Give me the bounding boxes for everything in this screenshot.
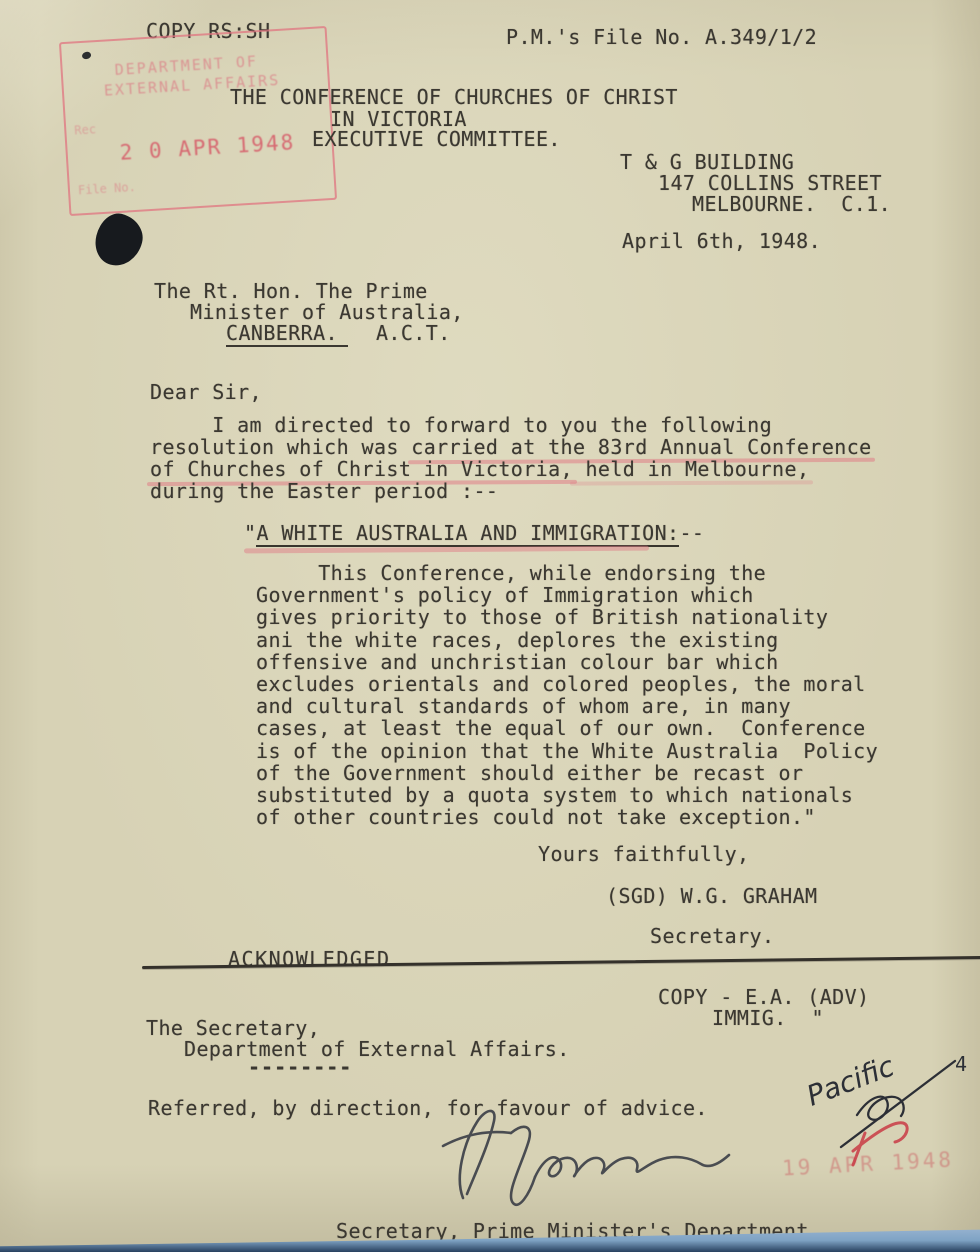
stamp-file-label: File No.: [78, 180, 137, 198]
para1-line2-plain: resolution which was: [150, 435, 411, 459]
stamp-date: 2 0 APR 1948: [119, 130, 296, 165]
resolution-body: This Conference, while endorsing the Gov…: [256, 562, 878, 828]
para1-line4: during the Easter period :--: [150, 480, 498, 502]
stamp-received-label: Rec: [74, 122, 97, 137]
pm-file-number: P.M.'s File No. A.349/1/2: [506, 26, 817, 48]
copy-note-line2: IMMIG. ": [712, 1007, 824, 1029]
hole-punch-mark: [90, 209, 147, 271]
forward-line2: Department of External Affairs.: [184, 1038, 570, 1060]
address-line3: MELBOURNE. C.1.: [692, 193, 891, 215]
letter-date: April 6th, 1948.: [622, 230, 821, 252]
forward-dashes: --------: [248, 1056, 352, 1078]
org-name-line3: EXECUTIVE COMMITTEE.: [312, 128, 561, 150]
external-affairs-received-stamp: DEPARTMENT OF EXTERNAL AFFAIRS Rec 2 0 A…: [59, 26, 337, 216]
signed-name: (SGD) W.G. GRAHAM: [606, 885, 818, 907]
para1-line2: resolution which was carried at the 83rd…: [150, 436, 872, 458]
recipient-territory: A.C.T.: [376, 321, 451, 345]
para1-line3-underlined: of Churches of Christ in Victoria,: [150, 457, 573, 481]
copy-note-line1: COPY - E.A. (ADV): [658, 986, 870, 1008]
para1-line2-underlined: carried at the 83rd Annual Conference: [411, 435, 871, 459]
heading-trailing-dashes: --: [679, 521, 704, 545]
recipient-city-line: CANBERRA.A.C.T.: [226, 322, 451, 344]
para1-line3-light-underlined: held in Melbourne,: [573, 457, 809, 481]
annotation-number: 4: [955, 1052, 967, 1076]
letter-scan-page: COPY RS:SH P.M.'s File No. A.349/1/2 DEP…: [0, 0, 980, 1252]
org-name-line1: THE CONFERENCE OF CHURCHES OF CHRIST: [230, 86, 678, 108]
address-line2: 147 COLLINS STREET: [658, 172, 882, 194]
valediction: Yours faithfully,: [538, 843, 750, 865]
para1-line3: of Churches of Christ in Victoria, held …: [150, 458, 809, 480]
address-line1: T & G BUILDING: [620, 151, 794, 173]
pacific-annotation: Pacific 4: [795, 1035, 980, 1155]
recipient-line2: Minister of Australia,: [190, 301, 464, 323]
recipient-line1: The Rt. Hon. The Prime: [154, 280, 428, 302]
heading-open-quote: ": [244, 521, 256, 545]
resolution-heading: "A WHITE AUSTRALIA AND IMMIGRATION:--: [244, 522, 704, 544]
recipient-city: CANBERRA.: [226, 321, 348, 347]
heading-underlined: A WHITE AUSTRALIA AND IMMIGRATION:: [256, 521, 679, 547]
signature-handwriting: [415, 1100, 745, 1212]
pacific-word: Pacific: [802, 1049, 899, 1113]
signed-title: Secretary.: [650, 925, 774, 947]
salutation: Dear Sir,: [150, 381, 262, 403]
forward-line1: The Secretary,: [146, 1017, 320, 1039]
para1-line1: I am directed to forward to you the foll…: [150, 414, 772, 436]
